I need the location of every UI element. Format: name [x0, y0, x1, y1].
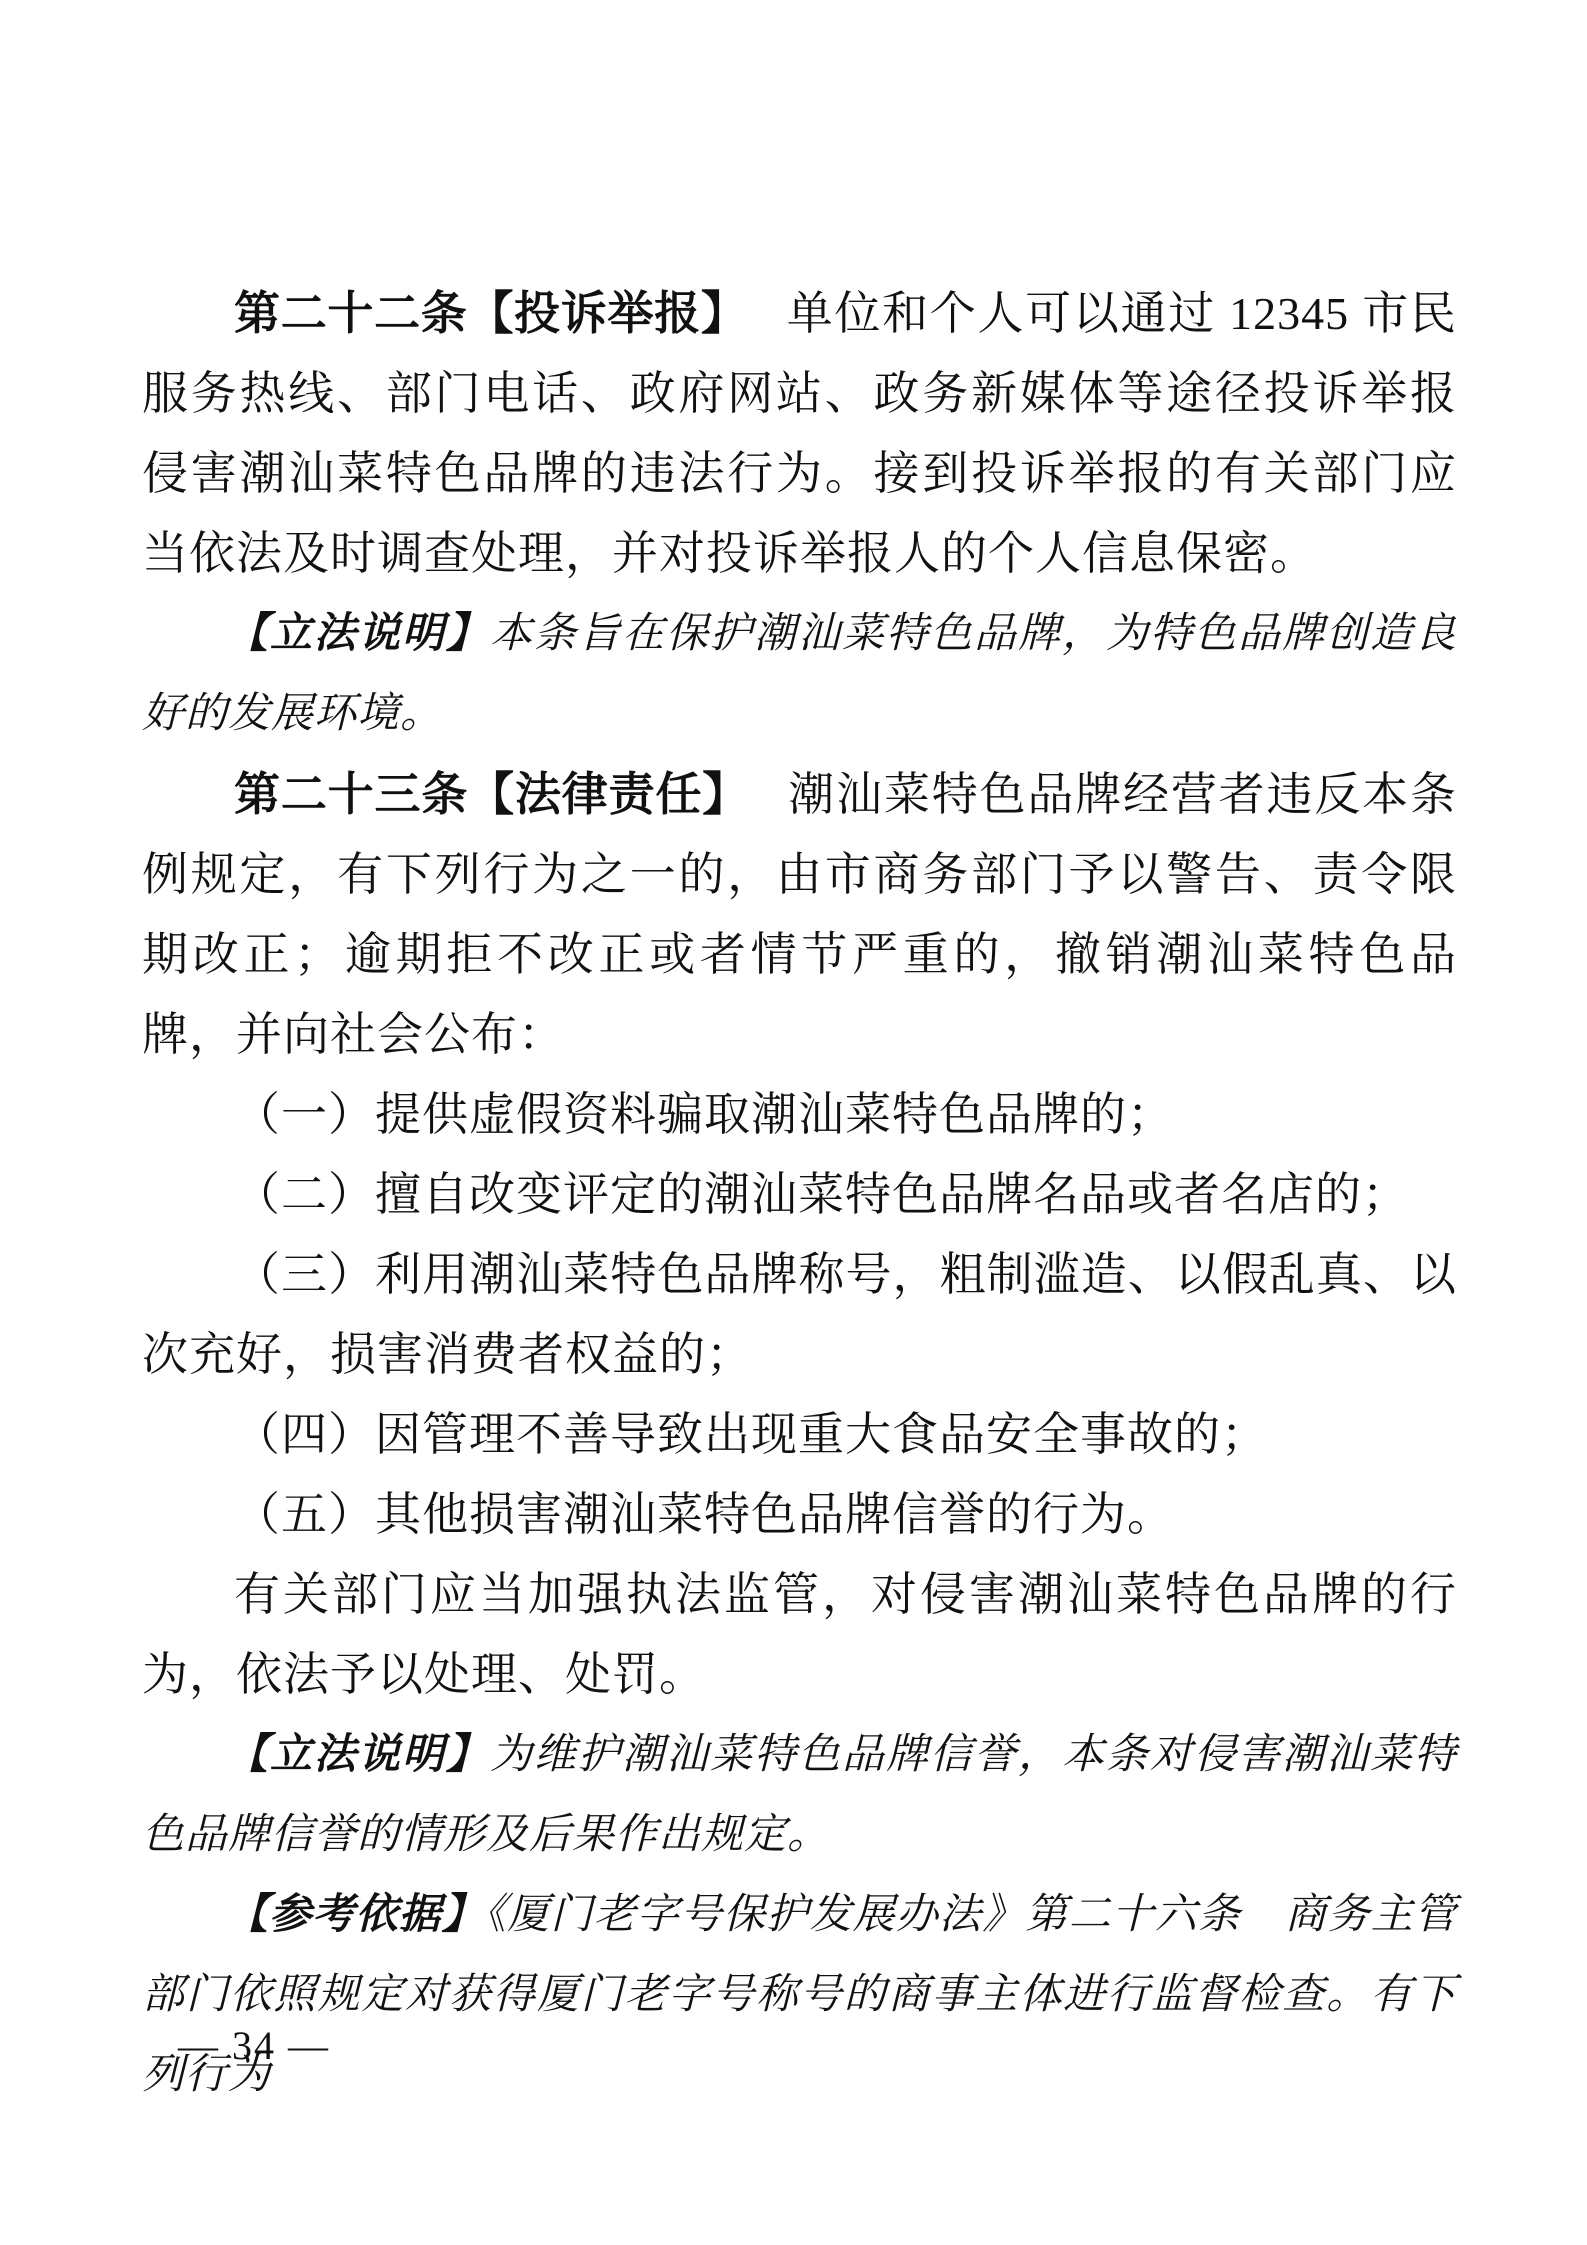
- note-label: 【立法说明】: [226, 611, 490, 657]
- note-label: 【参考依据】: [226, 1892, 485, 1938]
- document-content: 第二十二条【投诉举报】单位和个人可以通过 12345 市民服务热线、部门电话、政…: [142, 273, 1457, 2115]
- paragraph-text: （二）擅自改变评定的潮汕菜特色品牌名品或者名店的；: [234, 1169, 1409, 1220]
- paragraph-item: （四）因管理不善导致出现重大食品安全事故的；: [142, 1395, 1457, 1475]
- paragraph-text: （三）利用潮汕菜特色品牌称号，粗制滥造、以假乱真、以次充好，损害消费者权益的；: [142, 1249, 1457, 1380]
- note-label: 【立法说明】: [226, 1732, 490, 1778]
- paragraph-note: 【立法说明】为维护潮汕菜特色品牌信誉，本条对侵害潮汕菜特色品牌信誉的情形及后果作…: [142, 1715, 1457, 1875]
- paragraph-text: （五）其他损害潮汕菜特色品牌信誉的行为。: [234, 1489, 1174, 1540]
- paragraph-item: （二）擅自改变评定的潮汕菜特色品牌名品或者名店的；: [142, 1155, 1457, 1235]
- paragraph-text: 有关部门应当加强执法监管，对侵害潮汕菜特色品牌的行为，依法予以处理、处罚。: [142, 1569, 1457, 1700]
- paragraph-note: 【参考依据】《厦门老字号保护发展办法》第二十六条 商务主管部门依照规定对获得厦门…: [142, 1875, 1457, 2115]
- page-footer: — 34 —: [178, 2018, 330, 2074]
- article-heading: 第二十二条【投诉举报】: [234, 287, 748, 339]
- document-page: 第二十二条【投诉举报】单位和个人可以通过 12345 市民服务热线、部门电话、政…: [0, 0, 1587, 2245]
- paragraph-text: （一）提供虚假资料骗取潮汕菜特色品牌的；: [234, 1089, 1174, 1140]
- paragraph-body: 有关部门应当加强执法监管，对侵害潮汕菜特色品牌的行为，依法予以处理、处罚。: [142, 1555, 1457, 1715]
- paragraph-item: （一）提供虚假资料骗取潮汕菜特色品牌的；: [142, 1075, 1457, 1155]
- paragraph-note: 【立法说明】本条旨在保护潮汕菜特色品牌，为特色品牌创造良好的发展环境。: [142, 594, 1457, 754]
- paragraph-item: （五）其他损害潮汕菜特色品牌信誉的行为。: [142, 1475, 1457, 1555]
- paragraph-article: 第二十三条【法律责任】潮汕菜特色品牌经营者违反本条例规定，有下列行为之一的，由市…: [142, 754, 1457, 1075]
- article-heading: 第二十三条【法律责任】: [234, 768, 749, 820]
- paragraph-item: （三）利用潮汕菜特色品牌称号，粗制滥造、以假乱真、以次充好，损害消费者权益的；: [142, 1235, 1457, 1395]
- page-number: — 34 —: [178, 2023, 330, 2068]
- paragraph-text: （四）因管理不善导致出现重大食品安全事故的；: [234, 1409, 1268, 1460]
- paragraph-article: 第二十二条【投诉举报】单位和个人可以通过 12345 市民服务热线、部门电话、政…: [142, 273, 1457, 594]
